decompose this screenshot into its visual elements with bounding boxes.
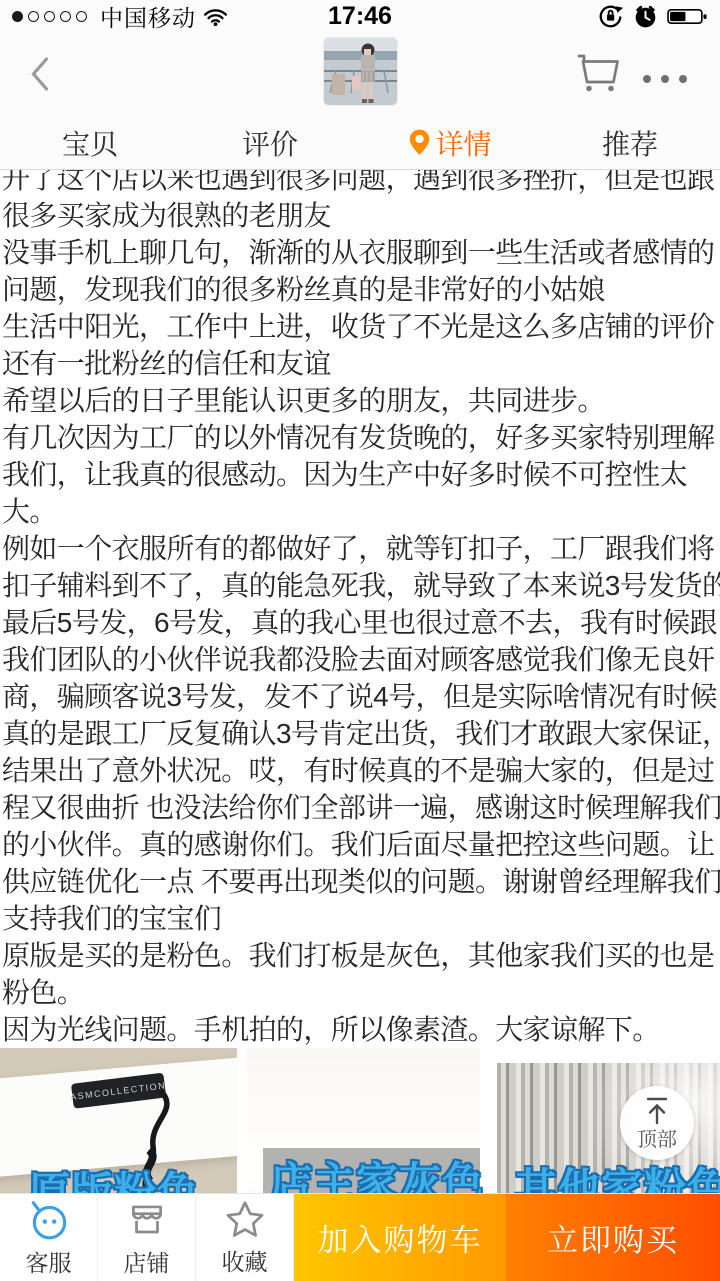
more-options-icon[interactable] — [640, 72, 690, 90]
back-button[interactable] — [26, 52, 53, 101]
nav-bar — [0, 32, 720, 115]
tab-label: 详情 — [435, 123, 491, 163]
chat-bubble-icon — [26, 1197, 72, 1243]
shop-button[interactable]: 店铺 — [98, 1194, 196, 1281]
text-line: 我们团队的小伙伴说我都没脸去面对顾客感觉我们像无良奸 — [2, 641, 720, 678]
text-line: 希望以后的日子里能认识更多的朋友，共同进步。 — [2, 382, 720, 419]
product-detail-page: 中国移动 17:46 — [0, 0, 720, 1281]
tab-detail[interactable]: 详情 — [360, 115, 540, 170]
detail-description-text: 开了这个店以来也遇到很多问题，遇到很多挫折，但是也跟 很多买家成为很熟的老朋友 … — [2, 160, 720, 1048]
detail-tabs: 宝贝 评价 详情 推荐 — [0, 115, 720, 170]
text-line: 供应链优化一点 不要再出现类似的问题。谢谢曾经理解我们 — [2, 863, 720, 900]
text-line: 没事手机上聊几句，渐渐的从衣服聊到一些生活或者感情的 — [2, 234, 720, 271]
add-to-cart-button[interactable]: 加入购物车 — [294, 1194, 506, 1281]
alarm-clock-icon — [633, 4, 658, 29]
tab-item[interactable]: 宝贝 — [0, 115, 180, 170]
tab-label: 推荐 — [602, 123, 658, 163]
customer-service-label: 客服 — [26, 1245, 72, 1278]
text-line: 生活中阳光，工作中上进，收货了不光是这么多店铺的评价 — [2, 308, 720, 345]
favorite-button[interactable]: 收藏 — [196, 1194, 294, 1281]
back-to-top-label: 顶部 — [637, 1123, 677, 1152]
storefront-icon — [124, 1197, 170, 1243]
text-line: 大。 — [2, 493, 720, 530]
text-line: 例如一个衣服所有的都做好了，就等钉扣子，工厂跟我们将 — [2, 530, 720, 567]
text-line: 最后5号发，6号发，真的我心里也很过意不去，我有时候跟 — [2, 604, 720, 641]
buy-now-label: 立即购买 — [547, 1215, 679, 1260]
battery-icon — [667, 7, 708, 26]
text-line: 真的是跟工厂反复确认3号肯定出货，我们才敢跟大家保证， — [2, 715, 720, 752]
text-line: 原版是买的是粉色。我们打板是灰色，其他家我们买的也是 — [2, 937, 720, 974]
tab-recommend[interactable]: 推荐 — [540, 115, 720, 170]
status-icons — [597, 3, 708, 30]
rotation-lock-icon — [597, 3, 624, 30]
favorite-label: 收藏 — [222, 1244, 268, 1277]
product-thumbnail[interactable] — [324, 38, 397, 105]
star-icon — [222, 1198, 268, 1242]
text-line: 有几次因为工厂的以外情况有发货晚的，好多买家特别理解 — [2, 419, 720, 456]
text-line: 结果出了意外状况。哎，有时候真的不是骗大家的，但是过 — [2, 752, 720, 789]
tab-reviews[interactable]: 评价 — [180, 115, 360, 170]
text-line: 程又很曲折 也没法给你们全部讲一遍，感谢这时候理解我们 — [2, 789, 720, 826]
text-line: 问题，发现我们的很多粉丝真的是非常好的小姑娘 — [2, 271, 720, 308]
text-line: 扣子辅料到不了，真的能急死我，就导致了本来说3号发货的 — [2, 567, 720, 604]
tab-label: 评价 — [242, 123, 298, 163]
shop-label: 店铺 — [124, 1245, 170, 1278]
text-line: 支持我们的宝宝们 — [2, 900, 720, 937]
arrow-up-icon — [642, 1095, 672, 1125]
text-line: 因为光线问题。手机拍的，所以像素渣。大家谅解下。 — [2, 1011, 720, 1048]
back-to-top-button[interactable]: 顶部 — [620, 1086, 694, 1160]
text-line: 的小伙伴。真的感谢你们。我们后面尽量把控这些问题。让 — [2, 826, 720, 863]
add-to-cart-label: 加入购物车 — [318, 1215, 483, 1260]
tab-label: 宝贝 — [62, 123, 118, 163]
buy-now-button[interactable]: 立即购买 — [506, 1194, 720, 1281]
bottom-action-bar: 客服 店铺 收藏 加入购物车 立即购买 — [0, 1193, 720, 1281]
location-pin-icon — [408, 128, 431, 157]
text-line: 很多买家成为很熟的老朋友 — [2, 197, 720, 234]
cart-icon[interactable] — [570, 50, 624, 101]
text-line: 我们，让我真的很感动。因为生产中好多时候不可控性太 — [2, 456, 720, 493]
status-bar: 中国移动 17:46 — [0, 0, 720, 32]
text-line: 还有一批粉丝的信任和友谊 — [2, 345, 720, 382]
text-line: 粉色。 — [2, 974, 720, 1011]
text-line: 商，骗顾客说3号发，发不了说4号，但是实际啥情况有时候 — [2, 678, 720, 715]
header: 中国移动 17:46 — [0, 0, 720, 170]
customer-service-button[interactable]: 客服 — [0, 1194, 98, 1281]
